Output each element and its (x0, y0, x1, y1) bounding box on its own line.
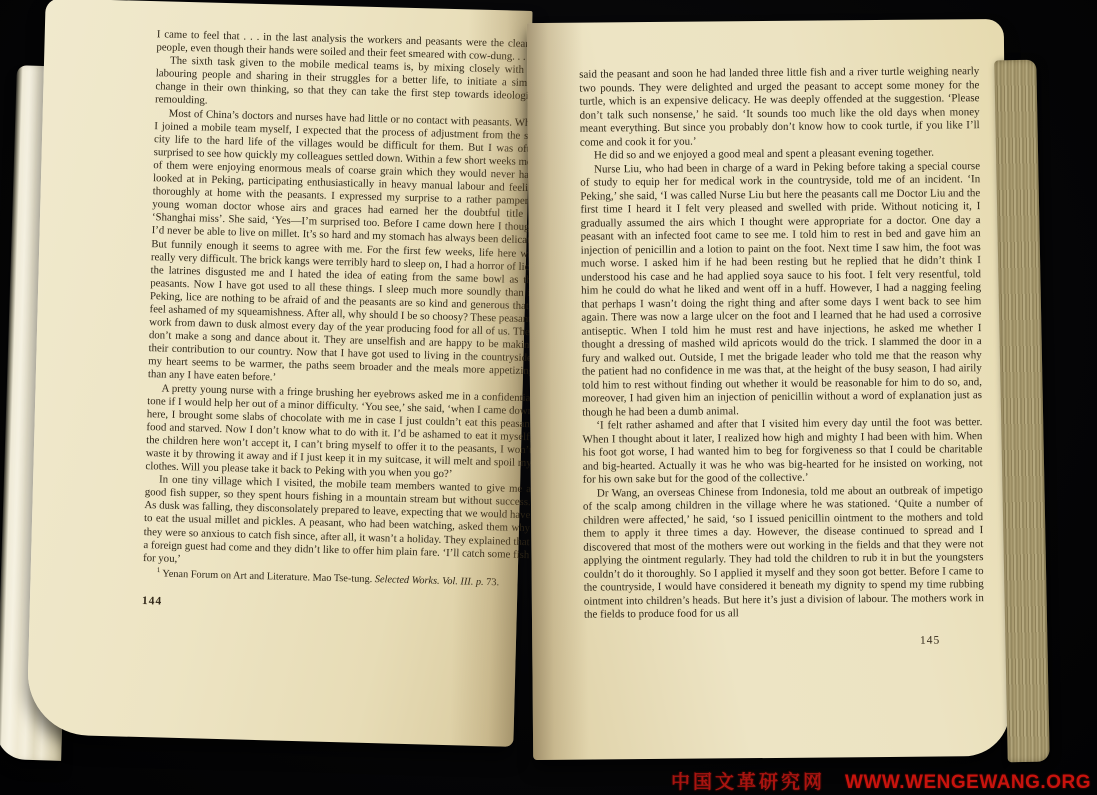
footnote-work-title: Selected Works. Vol. III. (375, 574, 474, 588)
page-right-text: said the peasant and soon he had landed … (579, 65, 984, 650)
paragraph: Nurse Liu, who had been in charge of a w… (580, 160, 982, 420)
paragraph: In one tiny village which I visited, the… (143, 473, 531, 575)
page-left-text: I came to feel that . . . in the last an… (142, 28, 543, 618)
paragraph: ‘I felt rather ashamed and after that I … (582, 416, 983, 487)
book-photo-scene: I came to feel that . . . in the last an… (0, 0, 1097, 795)
watermark-chinese-site-name: 中国文革研究网 (671, 767, 825, 794)
book-page-right: said the peasant and soon he had landed … (527, 19, 1010, 760)
book-page-left: I came to feel that . . . in the last an… (26, 0, 532, 747)
paragraph: Dr Wang, an overseas Chinese from Indone… (583, 484, 984, 622)
page-number-left: 144 (142, 595, 528, 618)
watermark-site-url: WWW.WENGEWANG.ORG (845, 772, 1091, 794)
paragraph: A pretty young nurse with a fringe brush… (145, 382, 533, 484)
footnote-page-abbr: p. (473, 577, 484, 588)
paragraph: Most of China’s doctors and nurses have … (148, 107, 541, 392)
page-number-right: 145 (584, 634, 984, 651)
footnote-page-number: 73. (484, 577, 500, 588)
footnote-text: Yenan Forum on Art and Literature. Mao T… (160, 568, 375, 585)
watermark: 中国文革研究网 WWW.WENGEWANG.ORG (671, 767, 1091, 794)
paragraph-continuation: said the peasant and soon he had landed … (579, 65, 980, 149)
